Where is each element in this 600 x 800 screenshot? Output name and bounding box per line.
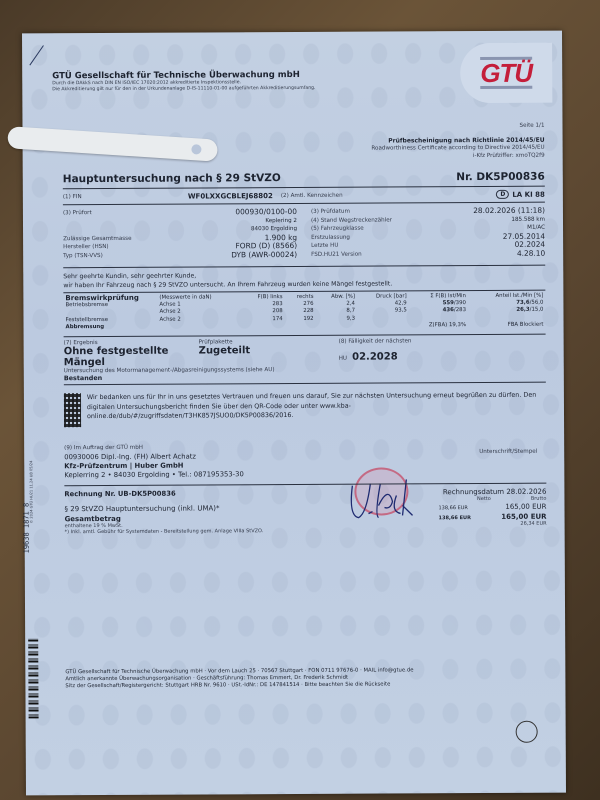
thanks-section: Wir bedanken uns für Ihr in uns gesetzte… (64, 391, 546, 428)
field-label: Typ (TSN-VVS) (63, 252, 103, 261)
brake-sum-ist: 559 (443, 300, 454, 306)
brake-dev: 8,7 (316, 308, 357, 315)
vehicle-data-left: (3) Prüfort000930/0100-00Keplering 28403… (63, 208, 297, 261)
accreditation-line-2: Die Akkreditierung gilt nur für den in d… (52, 86, 315, 93)
pruefziffer: i-Kfz Prüfziffer: xmoTQ2f9 (371, 152, 544, 160)
report-title-row: Hauptuntersuchung nach § 29 StVZO Nr. DK… (63, 171, 545, 186)
paper-clip-strap (7, 126, 218, 162)
field-value: 185.588 km (511, 215, 545, 224)
due-value: 02.2028 (352, 351, 398, 362)
field-label: Zulässige Gesamtmasse (63, 235, 131, 244)
result-value: Ohne festgestellte Mängel (64, 345, 199, 368)
due-prefix: HU (339, 356, 347, 362)
vehicle-field: Typ (TSN-VVS)DYB (AWR-00024) (63, 251, 297, 261)
plate-value: LA KI 88 (512, 190, 545, 198)
divider (64, 382, 546, 386)
inspector-address: Keplerring 2 • 84030 Ergolding • Tel.: 0… (64, 469, 546, 481)
gtue-seal-icon (516, 721, 538, 743)
vehicle-field: FSD.HU21 Version4.28.10 (311, 250, 545, 260)
item-brutto: 165,00 EUR (498, 503, 546, 511)
item-netto: 138,66 EUR (438, 505, 498, 511)
brake-sum-ist: 436 (443, 308, 454, 314)
vat-value: 26,34 EUR (520, 521, 546, 527)
field-label: (4) Stand Wegstreckenzähler (311, 216, 392, 225)
brake-share-ist: 26,3 (516, 307, 529, 313)
field-label: (5) Fahrzeugklasse (311, 225, 364, 234)
brake-right: 228 (285, 308, 316, 315)
qr-code[interactable] (64, 393, 81, 427)
brake-share-min: /56,0 (530, 300, 544, 306)
divider (63, 202, 545, 206)
certificate-meta: Seite 1/1 Prüfbescheinigung nach Richtli… (371, 123, 544, 161)
invoice-item: § 29 StVZO Hauptuntersuchung (inkl. UMA)… (64, 503, 438, 513)
inspector-section: (9) Im Auftrag der GTÜ mbH 00930006 Dipl… (64, 442, 546, 481)
signature-label: Unterschrift/Stempel (479, 449, 537, 455)
certificate-title: Prüfbescheinigung nach Richtlinie 2014/4… (388, 136, 544, 144)
field-value: 4.28.10 (517, 250, 545, 259)
greeting: Sehr geehrte Kundin, sehr geehrter Kunde… (63, 271, 545, 291)
gtue-logo-text: GTÜ (480, 57, 532, 89)
field-label: FSD.HU21 Version (311, 251, 362, 260)
brake-sum-min: /283 (454, 308, 466, 314)
footer-line-3: Sitz der Gesellschaft/Registergericht: S… (65, 681, 413, 690)
invoice-section: Rechnung Nr. UB-DK5P00836 Rechnungsdatum… (64, 488, 546, 536)
thanks-text: Wir bedanken uns für Ihr in uns gesetzte… (87, 391, 546, 427)
brake-sum-min: /390 (454, 300, 466, 306)
fin-row: (1) FIN WF0LXXGCBLEJ68802 (2) Amtl. Kenn… (63, 190, 545, 202)
result-section: (7) Ergebnis Ohne festgestellte Mängel P… (64, 338, 546, 383)
barcode (28, 638, 38, 718)
field-label: Erstzulassung (311, 233, 350, 242)
field-label: (3) Prüfort (63, 209, 92, 218)
brake-right: 192 (285, 315, 316, 322)
brake-dev: 9,3 (316, 315, 357, 322)
report-title: Hauptuntersuchung nach § 29 StVZO (63, 172, 281, 185)
brake-test-table: Bremswirkprüfung (Messwerte in daN) F(B)… (63, 293, 545, 332)
field-value: DYB (AWR-00024) (231, 251, 297, 260)
company-name: GTÜ Gesellschaft für Technische Überwach… (52, 70, 315, 81)
brake-share-ist: 73,6 (516, 300, 529, 306)
divider (63, 186, 545, 190)
pen-mark (29, 45, 43, 65)
field-value: 28.02.2026 (11:18) (473, 207, 545, 216)
country-code: D (496, 190, 509, 199)
invoice-footnote: *) Inkl. amtl. Gebühr für Systemdaten - … (65, 527, 547, 536)
divider (64, 483, 546, 487)
vehicle-data-right: (3) Prüfdatum28.02.2026 (11:18)(4) Stand… (311, 207, 545, 260)
page-footer: GTÜ Gesellschaft für Technische Überwach… (65, 667, 413, 690)
abbremsung-label: Abbremsung (64, 324, 158, 332)
divider (63, 265, 545, 269)
plate-label: (2) Amtl. Kennzeichen (281, 191, 497, 198)
brutto-label: Brutto (531, 496, 547, 502)
field-label: Letzte HU (311, 242, 338, 251)
fba-status: FBA Blockiert (468, 321, 545, 329)
field-label: Hersteller (HSN) (63, 243, 108, 252)
gtue-logo: GTÜ (460, 43, 552, 103)
inspection-report-page: GTÜ Gesellschaft für Technische Überwach… (22, 31, 566, 796)
total-brutto: 165,00 EUR (499, 513, 547, 521)
divider (64, 334, 546, 338)
brake-share-min: /15,0 (530, 307, 544, 313)
fin-value: WF0LXXGCBLEJ68802 (153, 192, 273, 201)
fin-label: (1) FIN (63, 193, 153, 199)
field-value: 000930/0100-00 (235, 208, 297, 217)
greeting-line-2: wir haben Ihr Fahrzeug nach § 29 StVZO u… (63, 279, 545, 290)
invoice-number: Rechnung Nr. UB-DK5P00836 (64, 490, 175, 499)
barcode-number: 19638 1871 8 (22, 503, 30, 554)
plakette-value: Zugeteilt (199, 345, 339, 357)
field-value: Keplering 2 (265, 217, 297, 226)
report-number: Nr. DK5P00836 (456, 171, 545, 183)
field-label: (3) Prüfdatum (311, 208, 350, 217)
company-header: GTÜ Gesellschaft für Technische Überwach… (52, 70, 315, 93)
fba-value: Z(FBA) 19,3% (357, 322, 468, 330)
vehicle-data: (3) Prüfort000930/0100-00Keplering 28403… (63, 207, 545, 261)
netto-label: Netto (477, 496, 491, 502)
brake-test-section: Bremswirkprüfung (Messwerte in daN) F(B)… (63, 293, 545, 332)
